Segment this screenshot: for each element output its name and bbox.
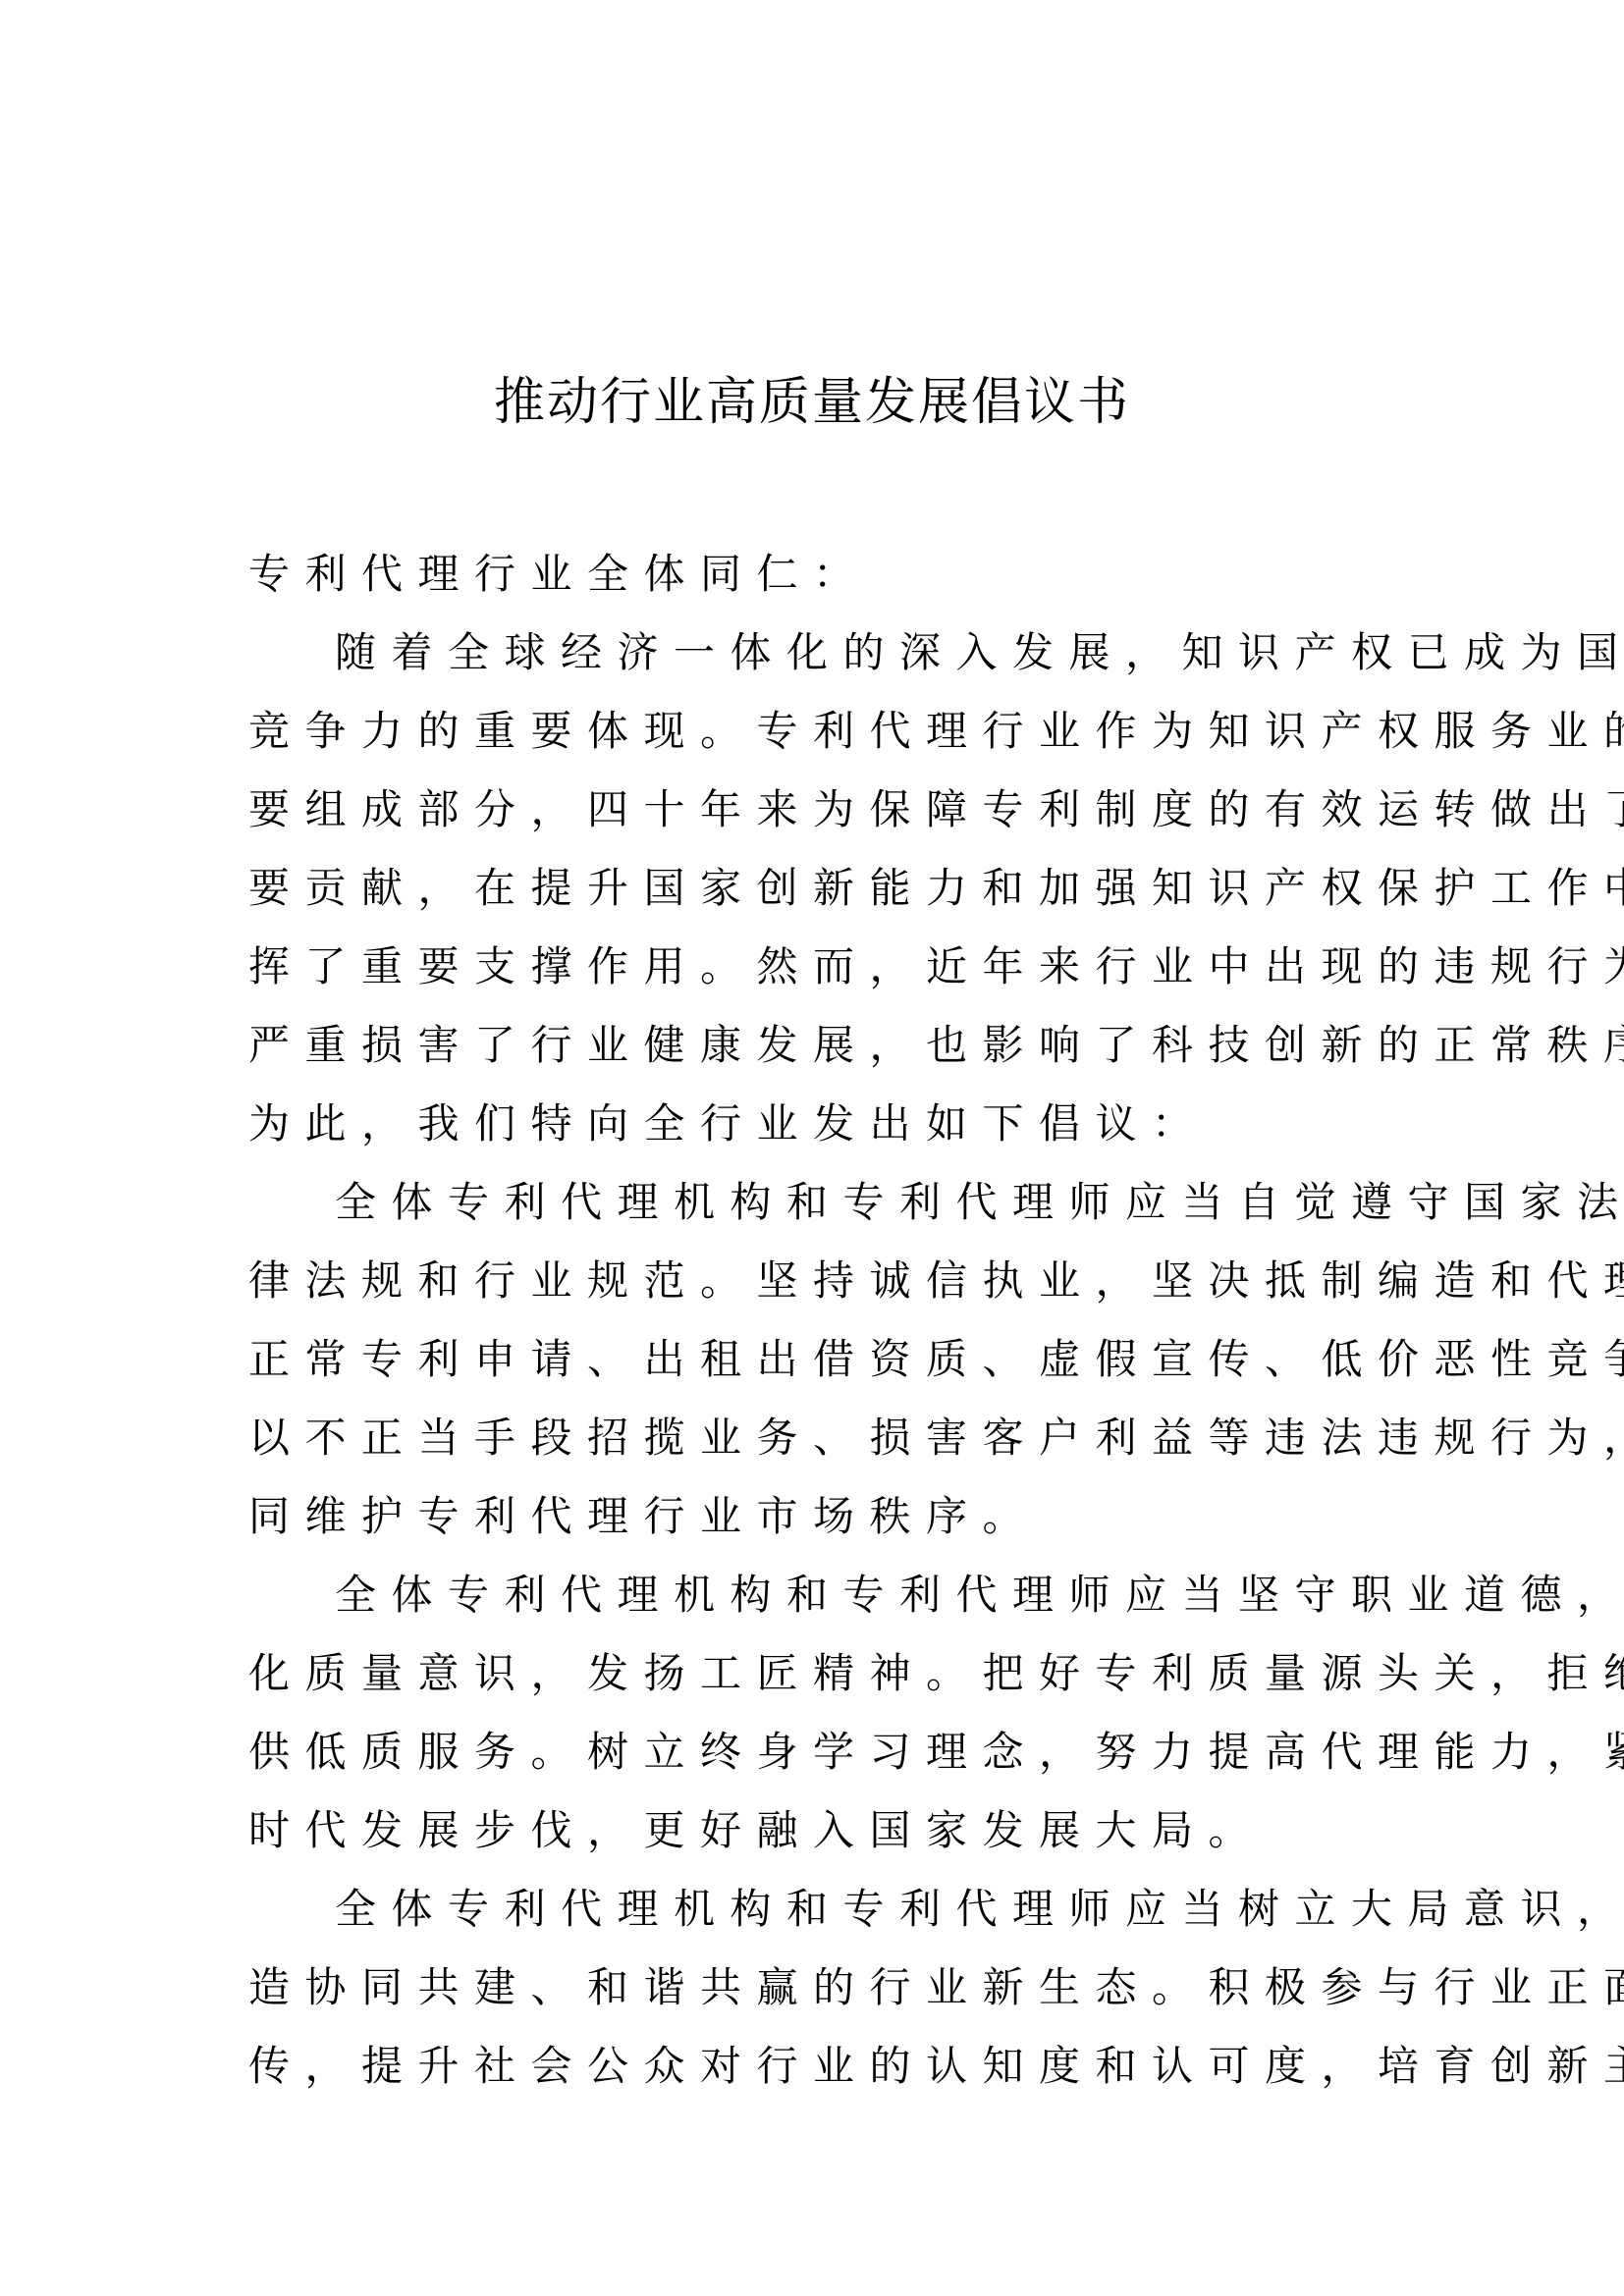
paragraph-line: 供低质服务。树立终身学习理念，努力提高代理能力，紧跟 (248, 1713, 1389, 1791)
paragraph-line: 律法规和行业规范。坚持诚信执业，坚决抵制编造和代理非 (248, 1242, 1389, 1320)
paragraph-line: 化质量意识，发扬工匠精神。把好专利质量源头关，拒绝提 (248, 1634, 1389, 1713)
paragraph-line: 严重损害了行业健康发展，也影响了科技创新的正常秩序。 (248, 1006, 1389, 1085)
paragraph-first-line: 随着全球经济一体化的深入发展，知识产权已成为国家 (248, 614, 1389, 692)
paragraph-line: 同维护专利代理行业市场秩序。 (248, 1477, 1389, 1556)
paragraph-line: 造协同共建、和谐共赢的行业新生态。积极参与行业正面宣 (248, 1949, 1389, 2027)
document-title: 推动行业高质量发展倡议书 (0, 363, 1624, 442)
document-page: 推动行业高质量发展倡议书 专利代理行业全体同仁： 随着全球经济一体化的深入发展，… (0, 0, 1624, 2296)
paragraph-line: 以不正当手段招揽业务、损害客户利益等违法违规行为，共 (248, 1399, 1389, 1477)
paragraph-line: 要贡献，在提升国家创新能力和加强知识产权保护工作中发 (248, 849, 1389, 928)
paragraph-line: 要组成部分，四十年来为保障专利制度的有效运转做出了重 (248, 771, 1389, 849)
paragraph-first-line: 全体专利代理机构和专利代理师应当自觉遵守国家法 (248, 1163, 1389, 1242)
body-lines: 随着全球经济一体化的深入发展，知识产权已成为国家竞争力的重要体现。专利代理行业作… (248, 614, 1389, 2106)
paragraph-line: 传，提升社会公众对行业的认知度和认可度，培育创新主体 (248, 2027, 1389, 2106)
paragraph-line: 为此，我们特向全行业发出如下倡议： (248, 1085, 1389, 1163)
paragraph-line: 正常专利申请、出租出借资质、虚假宣传、低价恶性竞争、 (248, 1320, 1389, 1399)
salutation: 专利代理行业全体同仁： (248, 535, 1389, 614)
document-body: 专利代理行业全体同仁： 随着全球经济一体化的深入发展，知识产权已成为国家竞争力的… (248, 535, 1389, 2106)
paragraph-line: 时代发展步伐，更好融入国家发展大局。 (248, 1791, 1389, 1870)
paragraph-line: 挥了重要支撑作用。然而，近年来行业中出现的违规行为， (248, 928, 1389, 1006)
paragraph-first-line: 全体专利代理机构和专利代理师应当坚守职业道德，强 (248, 1556, 1389, 1634)
paragraph-line: 竞争力的重要体现。专利代理行业作为知识产权服务业的重 (248, 692, 1389, 771)
paragraph-first-line: 全体专利代理机构和专利代理师应当树立大局意识，营 (248, 1870, 1389, 1949)
